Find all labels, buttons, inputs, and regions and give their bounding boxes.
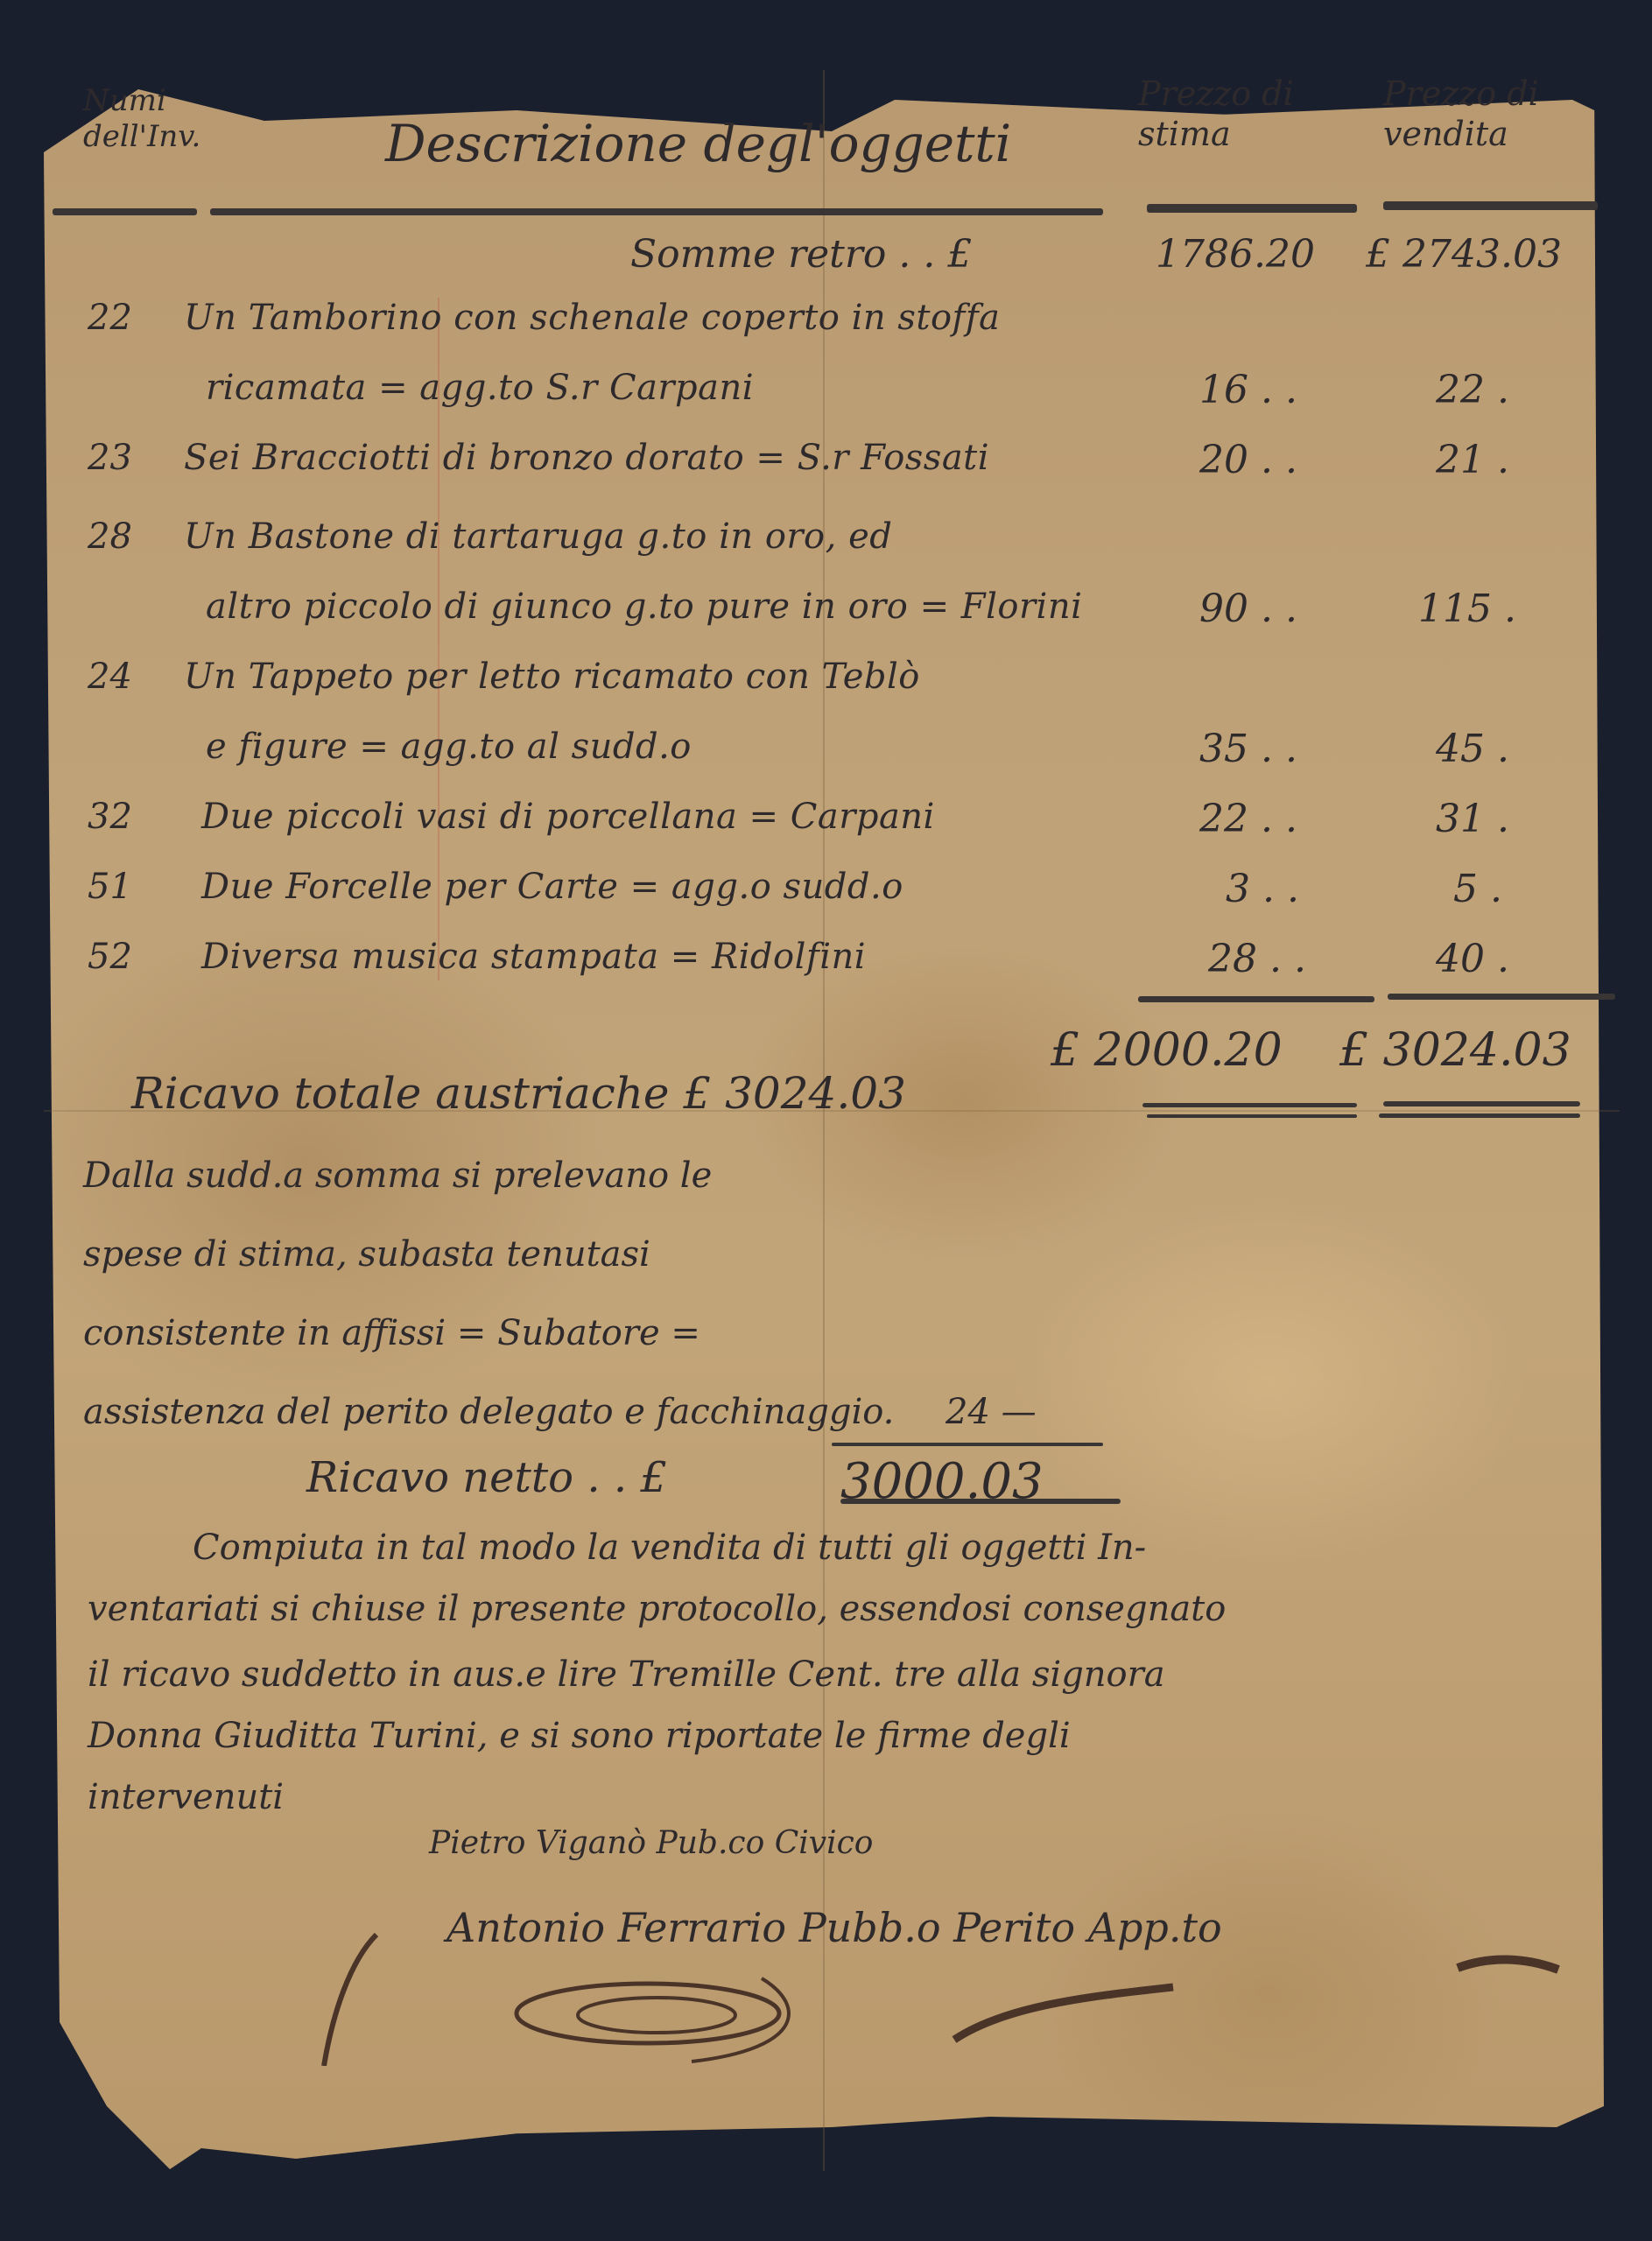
total-sale: £ 3024.03 xyxy=(1339,1024,1571,1077)
item-description: Due piccoli vasi di porcellana = Carpani xyxy=(201,797,935,837)
item-number: 52 xyxy=(88,937,132,977)
item-number: 22 xyxy=(88,298,132,338)
item-description: Un Bastone di tartaruga g.to in oro, ed xyxy=(184,516,892,557)
item-sale: 5 . xyxy=(1453,867,1502,911)
carried-forward-label: Somme retro . . £ xyxy=(630,232,972,277)
item-sale: 115 . xyxy=(1418,587,1516,631)
item-estimate: 16 . . xyxy=(1199,368,1297,412)
deduction-line: assistenza del perito delegato e facchin… xyxy=(83,1392,894,1432)
signature-civic: Pietro Viganò Pub.co Civico xyxy=(429,1825,873,1861)
item-description-cont: e figure = agg.to al sudd.o xyxy=(206,727,692,767)
item-sale: 45 . xyxy=(1436,727,1509,771)
item-sale: 31 . xyxy=(1436,797,1509,841)
closing-line: Compiuta in tal modo la vendita di tutti… xyxy=(193,1528,1146,1568)
closing-line: ventariati si chiuse il presente protoco… xyxy=(88,1589,1226,1629)
item-number: 28 xyxy=(88,516,132,557)
item-description: Sei Bracciotti di bronzo dorato = S.r Fo… xyxy=(184,438,989,478)
header-rule xyxy=(1147,204,1357,213)
header-col-description: Descrizione degl'oggetti xyxy=(385,114,1011,173)
header-rule xyxy=(1383,201,1598,210)
item-estimate: 20 . . xyxy=(1199,438,1297,482)
item-number: 32 xyxy=(88,797,132,837)
header-col-number: Numi dell'Inv. xyxy=(83,83,200,155)
closing-line: Donna Giuditta Turini, e si sono riporta… xyxy=(88,1716,1071,1756)
deduction-line: spese di stima, subasta tenutasi xyxy=(83,1234,650,1275)
item-description: Due Forcelle per Carte = agg.o sudd.o xyxy=(201,867,903,907)
item-estimate: 90 . . xyxy=(1199,587,1297,631)
item-description-cont: altro piccolo di giunco g.to pure in oro… xyxy=(206,587,1082,627)
totals-rule xyxy=(1388,994,1615,1000)
carried-forward-estimate: 1786.20 xyxy=(1156,232,1315,277)
net-underline xyxy=(840,1499,1121,1504)
item-sale: 40 . xyxy=(1436,937,1509,981)
header-col-estimate: Prezzo di stima xyxy=(1138,74,1294,154)
item-description-cont: ricamata = agg.to S.r Carpani xyxy=(206,368,754,408)
totals-rule xyxy=(1138,996,1374,1002)
deduction-line: consistente in affissi = Subatore = xyxy=(83,1313,700,1353)
item-estimate: 35 . . xyxy=(1199,727,1297,771)
deduction-line: Dalla sudd.a somma si prelevano le xyxy=(83,1156,712,1196)
deduction-amount: 24 — xyxy=(946,1392,1037,1432)
gross-revenue: Ricavo totale austriache £ 3024.03 xyxy=(131,1068,906,1119)
item-number: 24 xyxy=(88,657,132,697)
net-rule xyxy=(832,1443,1103,1446)
header-rule xyxy=(210,208,1103,215)
double-rule xyxy=(1147,1114,1357,1118)
carried-forward-sale: £ 2743.03 xyxy=(1366,232,1562,277)
item-estimate: 3 . . xyxy=(1226,867,1299,911)
item-description: Un Tappeto per letto ricamato con Teblò xyxy=(184,657,920,697)
double-rule xyxy=(1142,1103,1357,1107)
net-label: Ricavo netto . . £ xyxy=(306,1453,667,1502)
double-rule xyxy=(1379,1113,1580,1118)
item-estimate: 22 . . xyxy=(1199,797,1297,841)
signature-flourish xyxy=(254,1908,1611,2066)
item-number: 51 xyxy=(88,867,132,907)
closing-line: il ricavo suddetto in aus.e lire Tremill… xyxy=(88,1654,1165,1695)
item-sale: 21 . xyxy=(1436,438,1509,482)
header-col-sale: Prezzo di vendita xyxy=(1383,74,1539,154)
item-sale: 22 . xyxy=(1436,368,1509,412)
double-rule xyxy=(1383,1101,1580,1106)
total-estimate: £ 2000.20 xyxy=(1051,1024,1283,1077)
item-description: Un Tamborino con schenale coperto in sto… xyxy=(184,298,1000,338)
closing-line: intervenuti xyxy=(88,1777,284,1817)
item-description: Diversa musica stampata = Ridolfini xyxy=(201,937,866,977)
item-number: 23 xyxy=(88,438,132,478)
item-estimate: 28 . . xyxy=(1208,937,1306,981)
header-rule xyxy=(53,208,197,215)
